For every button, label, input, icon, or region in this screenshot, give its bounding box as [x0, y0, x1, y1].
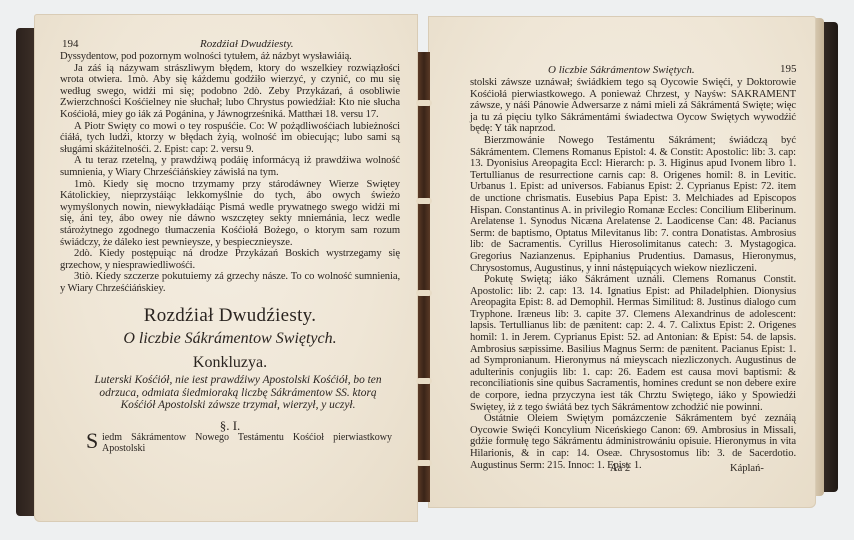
- right-page-number: 195: [780, 63, 797, 75]
- book-gutter: [418, 52, 430, 502]
- binding-stitch: [416, 100, 432, 106]
- binding-stitch: [416, 460, 432, 466]
- left-page-number: 194: [62, 38, 79, 50]
- paragraph: Ja záś ią názywam strászliwym błędem, kt…: [60, 63, 400, 121]
- left-body-text: Dyssydentow, pod pozornym wolności tytuł…: [60, 51, 400, 294]
- right-body-text: stolski záwsze uznáwał; świádkiem tego s…: [470, 77, 796, 471]
- paragraph: Pokutę Swiętą; iáko Sákráment uználi. Cl…: [470, 274, 796, 413]
- binding-stitch: [416, 198, 432, 204]
- first-paragraph: iedm Sákrámentow Nowego Testámentu Kośći…: [102, 432, 392, 454]
- paragraph: Bierzmowánie Nowego Testámentu Sákráment…: [470, 135, 796, 274]
- conclusion-text: Luterski Kośćiół, nie iest prawdźiwy Apo…: [88, 374, 388, 412]
- chapter-subtitle: O liczbie Sákrámentow Swiętych.: [60, 330, 400, 348]
- paragraph: 1mò. Kiedy się mocno trzymamy przy stáro…: [60, 179, 400, 249]
- paragraph: A tu teraz rzetelną, y prawdźiwą podáię …: [60, 155, 400, 178]
- paragraph: 2dò. Kiedy postępuiąc ná drodze Przykáza…: [60, 248, 400, 271]
- binding-stitch: [416, 290, 432, 296]
- paragraph: 3tiò. Kiedy szczerze pokutuiemy zá grzec…: [60, 271, 400, 294]
- right-running-head: O liczbie Sákrámentow Swiętych.: [548, 64, 695, 76]
- left-running-head: Rozdźiał Dwudźiesty.: [200, 38, 294, 50]
- chapter-title: Rozdźiał Dwudźiesty.: [60, 305, 400, 327]
- conclusion-heading: Konkluzya.: [60, 354, 400, 372]
- signature-mark: Aa 2: [610, 463, 630, 474]
- drop-cap: S: [86, 430, 98, 452]
- paragraph: Dyssydentow, pod pozornym wolności tytuł…: [60, 51, 400, 63]
- catchword: Káplań-: [730, 463, 764, 474]
- binding-stitch: [416, 378, 432, 384]
- paragraph: stolski záwsze uznáwał; świádkiem tego s…: [470, 77, 796, 135]
- paragraph: A Piotr Swięty co mowi o tey rospuśćie. …: [60, 121, 400, 156]
